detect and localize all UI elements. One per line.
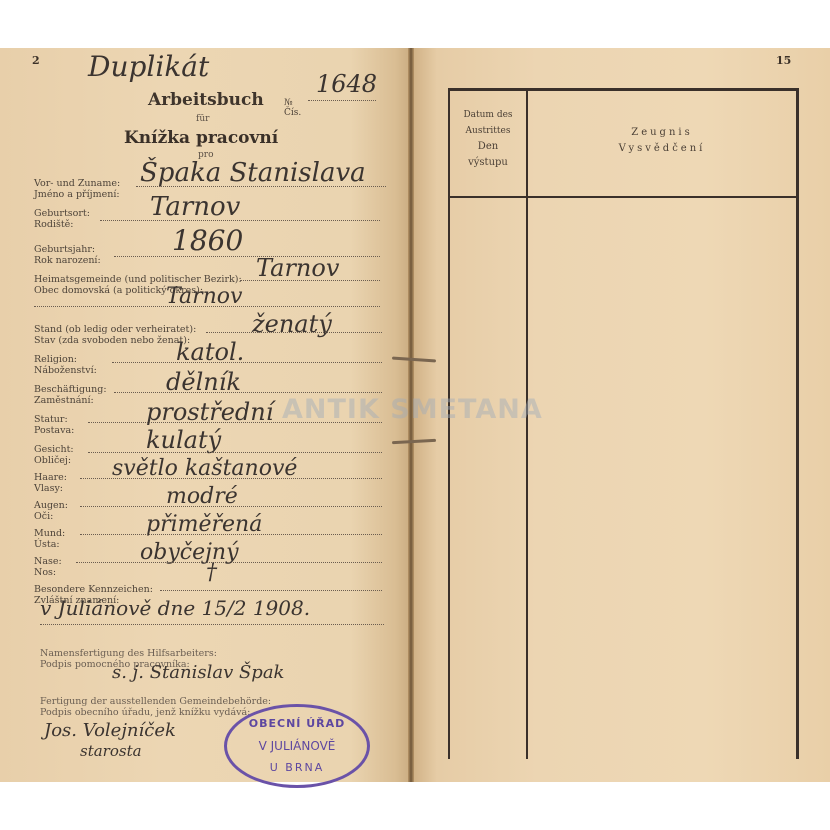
field-face-value: kulatý bbox=[146, 426, 221, 454]
field-birthplace-line bbox=[100, 220, 380, 221]
field-birthplace-value: Tarnov bbox=[150, 192, 240, 222]
field-marks-value: † bbox=[206, 560, 217, 585]
field-marital-line bbox=[206, 332, 382, 333]
stamp-line-3: U BRNA bbox=[227, 761, 367, 774]
field-name-line bbox=[136, 186, 386, 187]
header-divider bbox=[450, 196, 796, 198]
watermark: ANTIK SMETANA bbox=[282, 394, 543, 425]
field-occupation-line bbox=[114, 392, 382, 393]
field-home-line2 bbox=[34, 306, 380, 307]
fur-label: für bbox=[196, 114, 209, 124]
office-signature-label: Fertigung der ausstellenden Gemeindebehö… bbox=[40, 696, 271, 718]
field-birthyear-value: 1860 bbox=[172, 224, 243, 257]
field-stature-label: Statur:Postava: bbox=[34, 414, 74, 436]
field-eyes-line bbox=[80, 506, 382, 507]
field-nose-label: Nase:Nos: bbox=[34, 556, 62, 578]
title-german: Arbeitsbuch bbox=[148, 90, 264, 110]
place-date: v Juliánově dne 15/2 1908. bbox=[40, 596, 310, 620]
field-name-label: Vor- und Zuname:Jméno a příjmení: bbox=[34, 178, 120, 200]
field-hair-label: Haare:Vlasy: bbox=[34, 472, 67, 494]
field-birthyear-label: Geburtsjahr:Rok narození: bbox=[34, 244, 101, 266]
field-birthplace-label: Geburtsort:Rodiště: bbox=[34, 208, 90, 230]
field-mouth-line bbox=[80, 534, 382, 535]
field-face-label: Gesicht:Obličej: bbox=[34, 444, 74, 466]
municipal-office-stamp: OBECNÍ ÚŘAD V JULIÁNOVĚ U BRNA bbox=[224, 704, 370, 788]
page-number: 15 bbox=[776, 54, 791, 67]
worker-signature: s. j. Stanislav Špak bbox=[112, 662, 284, 683]
field-religion-line bbox=[112, 362, 382, 363]
number-label-de: № bbox=[284, 98, 293, 108]
stamp-line-1: OBECNÍ ÚŘAD bbox=[227, 717, 367, 730]
column-header-certificate: Zeugnis Vysvědčení bbox=[528, 125, 796, 157]
stamp-line-2: V JULIÁNOVĚ bbox=[227, 739, 367, 753]
field-birthyear-line bbox=[114, 256, 380, 257]
number-line bbox=[308, 100, 376, 101]
page-number: 2 bbox=[32, 54, 40, 67]
field-face-line bbox=[88, 452, 382, 453]
book-number: 1648 bbox=[316, 70, 377, 98]
field-religion-label: Religion:Náboženství: bbox=[34, 354, 97, 376]
mayor-signature: Jos. Volejníček bbox=[44, 720, 176, 741]
field-home-line bbox=[240, 280, 380, 281]
handwritten-duplicate-mark: Duplikát bbox=[88, 50, 209, 83]
field-nose-line bbox=[76, 562, 382, 563]
number-label-cz: Čís. bbox=[284, 108, 301, 118]
column-header-exit-date: Datum des Austrittes Den výstupu bbox=[450, 107, 526, 171]
place-date-line bbox=[40, 624, 384, 625]
column-divider bbox=[526, 91, 528, 759]
field-marital-value: ženatý bbox=[252, 310, 332, 338]
field-occupation-label: Beschäftigung:Zaměstnání: bbox=[34, 384, 107, 406]
open-workbook: 2 Duplikát Arbeitsbuch № Čís. 1648 für K… bbox=[0, 48, 830, 782]
field-hair-line bbox=[80, 478, 382, 479]
field-home-value: Tarnov bbox=[256, 254, 339, 282]
field-marks-line bbox=[160, 590, 382, 591]
field-mouth-label: Mund:Ústa: bbox=[34, 528, 65, 550]
number-label: № Čís. bbox=[284, 98, 301, 118]
title-czech: Knížka pracovní bbox=[124, 128, 278, 148]
field-marital-label: Stand (ob ledig oder verheiratet):Stav (… bbox=[34, 324, 196, 346]
field-name-value: Špaka Stanislava bbox=[140, 158, 366, 188]
field-eyes-label: Augen:Oči: bbox=[34, 500, 68, 522]
mayor-title: starosta bbox=[80, 742, 142, 760]
